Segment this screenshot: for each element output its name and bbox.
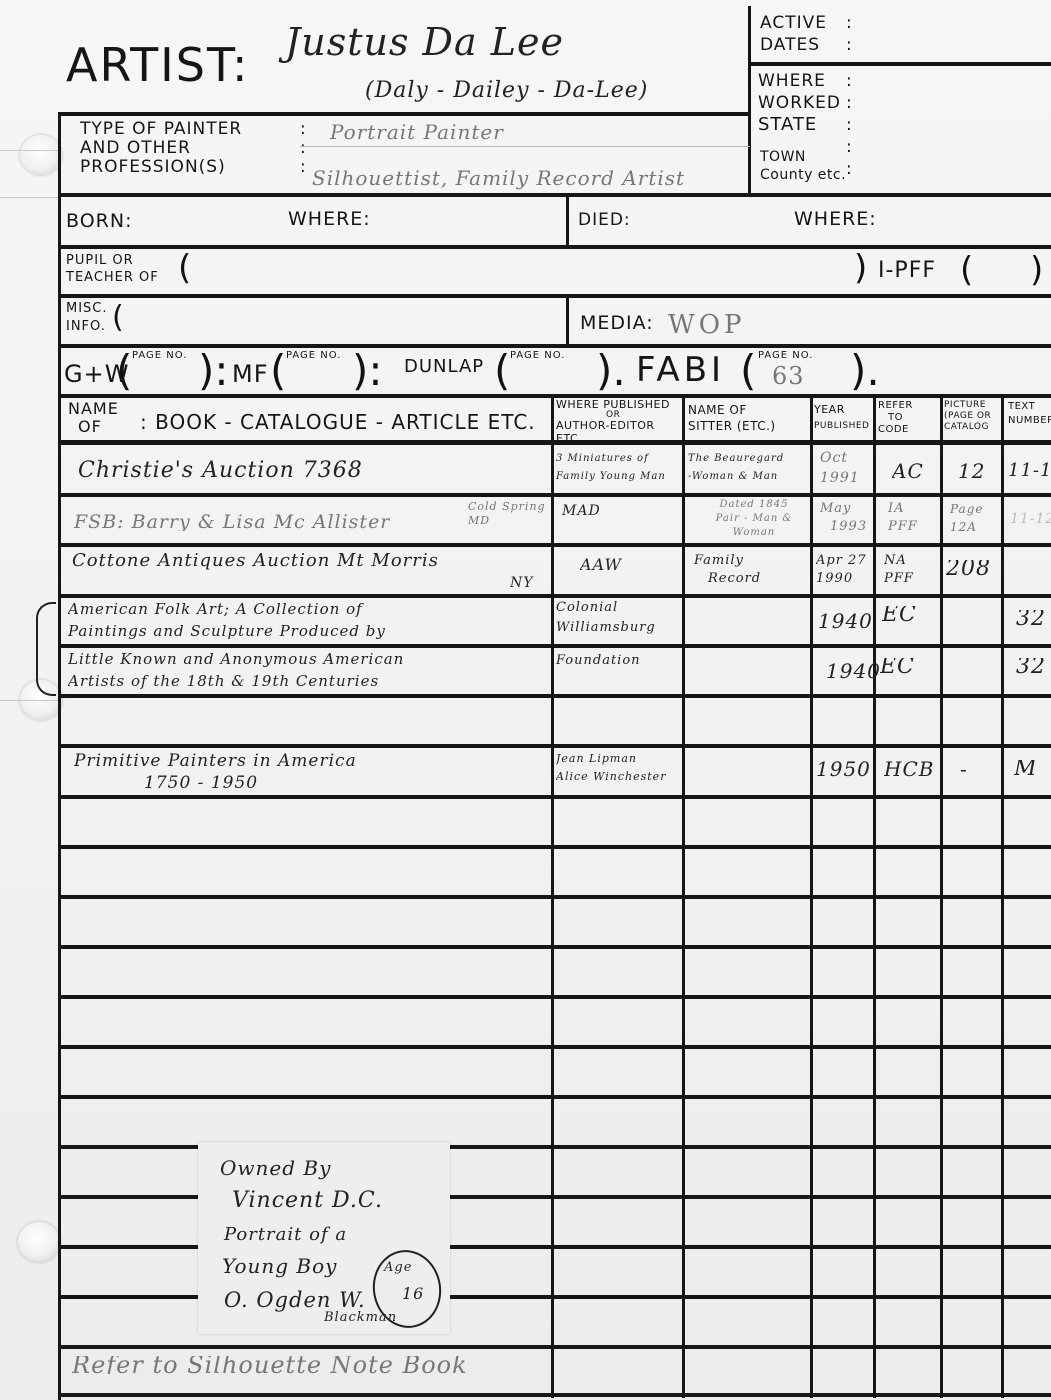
cell-name-location[interactable]: NY xyxy=(510,574,534,592)
ipff-label: I-PFF xyxy=(878,258,936,283)
form-page: ARTIST: Justus Da Lee (Daly - Dailey - D… xyxy=(0,0,1051,1400)
misc-info-field[interactable] xyxy=(128,302,558,338)
cell-text[interactable]: 32 xyxy=(1016,658,1051,676)
cell-name[interactable]: American Folk Art; A Collection ofPainti… xyxy=(68,598,550,642)
ref-mf-page-label: PAGE NO. xyxy=(286,350,341,361)
cell-picture[interactable]: Page12A xyxy=(950,500,983,536)
cell-year[interactable]: May1993 xyxy=(820,500,867,536)
type-of-painter-label: TYPE OF PAINTER AND OTHER PROFESSION(S) xyxy=(80,120,242,177)
ref-gw-field[interactable] xyxy=(132,364,192,388)
active-dates-field[interactable] xyxy=(860,14,1045,58)
ref-fabi-page-value[interactable]: 63 xyxy=(772,362,805,390)
cell-code[interactable]: AC xyxy=(892,462,924,480)
cell-where[interactable]: ColonialWilliamsburg xyxy=(556,598,656,638)
col-header-name: NAME OF xyxy=(68,400,119,436)
profession-value[interactable]: Silhouettist, Family Record Artist xyxy=(312,166,685,190)
born-label: BORN: xyxy=(66,210,132,232)
note-line: Young Boy xyxy=(222,1254,337,1278)
cell-name[interactable]: FSB: Barry & Lisa Mc Allister xyxy=(74,513,390,531)
cell-text[interactable]: 11-12 xyxy=(1008,462,1051,480)
col-header-year: YEAR PUBLISHED xyxy=(814,402,872,434)
note-line: Owned By xyxy=(220,1156,331,1180)
cell-where[interactable]: Foundation xyxy=(556,652,641,670)
col-header-picture: PICTURE (PAGE OR CATALOG xyxy=(944,400,1002,433)
ref-mf-label: MF xyxy=(232,360,269,388)
cell-name[interactable]: Little Known and Anonymous AmericanArtis… xyxy=(68,648,550,692)
cell-picture[interactable]: - xyxy=(960,760,968,778)
cell-text[interactable]: M xyxy=(1014,760,1038,778)
artist-name[interactable]: Justus Da Lee xyxy=(285,20,564,64)
cell-picture[interactable]: 12 xyxy=(958,462,985,480)
col-header-name-main: : BOOK - CATALOGUE - ARTICLE ETC. xyxy=(140,410,536,434)
born-field[interactable] xyxy=(140,204,280,238)
cell-where[interactable]: MAD xyxy=(562,502,601,520)
active-dates-label: ACTIVE DATES xyxy=(760,12,827,56)
circled-age-label: Age xyxy=(384,1260,412,1275)
col-header-refer-code: REFER TO CODE xyxy=(878,400,913,436)
died-label: DIED: xyxy=(578,210,631,230)
cell-text[interactable]: 11-12 xyxy=(1010,510,1051,528)
cell-sitter[interactable]: The Beauregard-Woman & Man xyxy=(688,450,810,486)
cell-name[interactable]: Cottone Antiques Auction Mt Morris xyxy=(72,552,439,570)
col-header-sitter: NAME OF SITTER (ETC.) xyxy=(688,402,776,434)
ref-fabi-label: FABI xyxy=(636,350,725,390)
bracket-annotation xyxy=(36,602,56,696)
cell-name[interactable] xyxy=(68,710,548,740)
media-value[interactable]: WOP xyxy=(668,310,746,340)
cell-picture[interactable]: 208 xyxy=(946,560,991,578)
cell-year[interactable]: Apr 271990 xyxy=(816,552,867,588)
ref-gw-page-label: PAGE NO. xyxy=(132,350,187,361)
artist-label: ARTIST: xyxy=(66,38,250,92)
media-label: MEDIA: xyxy=(580,312,654,334)
cell-where[interactable]: AAW xyxy=(580,556,622,574)
cell-name[interactable]: Primitive Painters in America1750 - 1950 xyxy=(74,750,357,794)
cell-where[interactable]: 3 Miniatures ofFamily Young Man xyxy=(556,450,682,486)
cell-code[interactable]: IAPFF xyxy=(888,500,918,536)
ref-dunlap-label: DUNLAP xyxy=(404,356,484,377)
born-where-field[interactable] xyxy=(370,204,560,238)
died-where-field[interactable] xyxy=(880,204,1045,238)
cell-code[interactable]: EC xyxy=(882,606,917,624)
note-line: O. Ogden W. xyxy=(224,1288,366,1312)
cell-year[interactable]: 1950 xyxy=(816,760,871,778)
ref-dunlap-page-label: PAGE NO. xyxy=(510,350,565,361)
cell-sitter[interactable]: FamilyRecord xyxy=(694,552,761,588)
misc-info-label: MISC. INFO. xyxy=(66,300,108,336)
where-worked-field[interactable] xyxy=(860,70,1045,188)
cell-text[interactable]: 32 xyxy=(1016,610,1051,628)
sticky-note[interactable]: Owned By Vincent D.C. Portrait of a Youn… xyxy=(198,1142,450,1334)
cell-code[interactable]: HCB xyxy=(884,760,934,778)
note-line: Vincent D.C. xyxy=(232,1188,383,1213)
note-line: Portrait of a xyxy=(224,1224,347,1245)
circled-age-value: 16 xyxy=(402,1284,424,1303)
ipff-field[interactable] xyxy=(978,256,1028,288)
cell-code[interactable]: EC xyxy=(880,658,915,676)
born-where-label: WHERE: xyxy=(288,208,371,230)
col-header-text: TEXT NUMBER xyxy=(1008,400,1051,428)
ref-fabi-page-label: PAGE NO. xyxy=(758,350,813,361)
where-worked-label: WHERE WORKED STATE xyxy=(758,70,841,136)
col-header-where: WHERE PUBLISHED OR AUTHOR-EDITOR ETC. xyxy=(556,398,682,445)
pupil-teacher-field[interactable] xyxy=(195,252,845,288)
pupil-teacher-label: PUPIL OR TEACHER OF xyxy=(66,252,159,286)
cell-year[interactable]: 1940 xyxy=(826,662,881,680)
ref-mf-field[interactable] xyxy=(286,364,346,388)
cell-name-location[interactable]: Cold Spring MD xyxy=(468,500,550,528)
cell-sitter[interactable]: Dated 1845Pair - Man & Woman xyxy=(700,498,808,540)
died-field[interactable] xyxy=(640,204,780,238)
punch-hole-bottom xyxy=(18,1222,60,1262)
cell-name[interactable]: Christie's Auction 7368 xyxy=(78,458,363,484)
cell-year[interactable]: Oct1991 xyxy=(820,448,860,488)
punch-hole-top xyxy=(20,135,62,175)
cell-where[interactable]: Jean LipmanAlice Winchester xyxy=(556,750,666,786)
cell-year[interactable]: 1940 xyxy=(818,612,873,630)
type-of-painter-value[interactable]: Portrait Painter xyxy=(330,120,504,144)
refer-note[interactable]: Refer to Silhouette Note Book xyxy=(72,1356,468,1374)
died-where-label: WHERE: xyxy=(794,208,877,230)
town-county-label: TOWN County etc. xyxy=(760,148,846,184)
ref-dunlap-field[interactable] xyxy=(510,364,590,388)
artist-aliases[interactable]: (Daly - Dailey - Da-Lee) xyxy=(365,78,648,103)
cell-code[interactable]: NAPFF xyxy=(884,552,914,588)
